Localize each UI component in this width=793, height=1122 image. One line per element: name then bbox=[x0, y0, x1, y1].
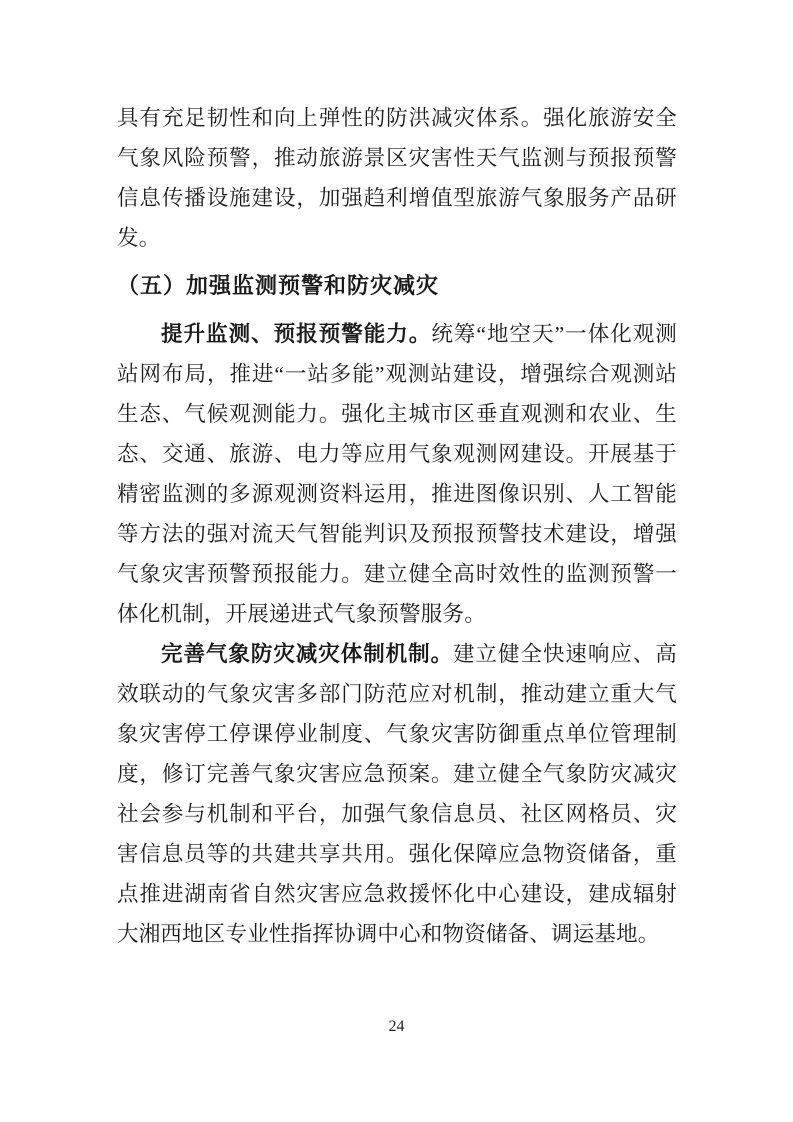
document-page: 具有充足韧性和向上弹性的防洪减灾体系。强化旅游安全气象风险预警，推动旅游景区灾害… bbox=[0, 0, 793, 1122]
paragraph: 提升监测、预报预警能力。统筹“地空天”一体化观测站网布局，推进“一站多能”观测站… bbox=[117, 314, 677, 634]
paragraph-text: 建立健全快速响应、高效联动的气象灾害多部门防范应对机制，推动建立重大气象灾害停工… bbox=[117, 642, 677, 946]
section-heading: （五）加强监测预警和防灾减灾 bbox=[117, 258, 677, 314]
paragraph-continuation: 具有充足韧性和向上弹性的防洪减灾体系。强化旅游安全气象风险预警，推动旅游景区灾害… bbox=[117, 98, 677, 258]
paragraph-text: 统筹“地空天”一体化观测站网布局，推进“一站多能”观测站建设，增强综合观测站生态… bbox=[117, 322, 677, 626]
paragraph-lead: 完善气象防灾减灾体制机制。 bbox=[161, 642, 453, 666]
document-body: 具有充足韧性和向上弹性的防洪减灾体系。强化旅游安全气象风险预警，推动旅游景区灾害… bbox=[117, 98, 677, 954]
paragraph: 完善气象防灾减灾体制机制。建立健全快速响应、高效联动的气象灾害多部门防范应对机制… bbox=[117, 634, 677, 954]
paragraph-lead: 提升监测、预报预警能力。 bbox=[161, 322, 431, 346]
page-number: 24 bbox=[0, 1016, 793, 1038]
